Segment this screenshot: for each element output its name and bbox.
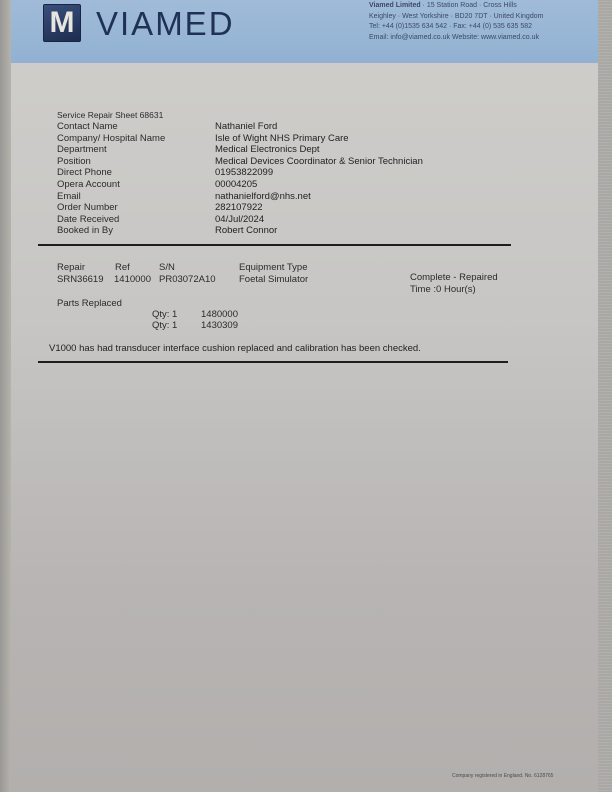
part-number: 1430309	[201, 320, 238, 331]
info-value: Robert Connor	[215, 225, 277, 237]
info-row: Emailnathanielford@nhs.net	[57, 191, 517, 203]
info-label: Company/ Hospital Name	[57, 133, 215, 145]
info-value: Nathaniel Ford	[215, 121, 277, 133]
info-label: Opera Account	[57, 179, 215, 191]
info-value: 282107922	[215, 202, 263, 214]
part-row: Qty: 1 1480000	[152, 309, 177, 320]
equipment-type-header: Equipment Type	[239, 262, 307, 273]
part-qty: Qty: 1	[152, 309, 177, 320]
info-label: Position	[57, 156, 215, 168]
info-value: nathanielford@nhs.net	[215, 191, 311, 203]
logo-glyph: M	[50, 8, 75, 38]
info-label: Date Received	[57, 214, 215, 226]
info-value: 01953822099	[215, 167, 273, 179]
info-value: 00004205	[215, 179, 257, 191]
info-value: Isle of Wight NHS Primary Care	[215, 133, 349, 145]
company-line-1: Viamed Limited · 15 Station Road · Cross…	[369, 1, 589, 12]
section-divider	[38, 244, 511, 246]
part-row: Qty: 1 1430309	[152, 320, 177, 331]
info-value: Medical Devices Coordinator & Senior Tec…	[215, 156, 423, 168]
info-row: Company/ Hospital NameIsle of Wight NHS …	[57, 133, 517, 145]
repair-number: SRN36619	[57, 274, 103, 285]
info-row: DepartmentMedical Electronics Dept	[57, 144, 517, 156]
repair-sheet-page: M VIAMED Viamed Limited · 15 Station Roa…	[11, 0, 598, 792]
repair-notes: V1000 has had transducer interface cushi…	[49, 343, 421, 354]
serial-number: PR03072A10	[159, 274, 216, 285]
info-row: PositionMedical Devices Coordinator & Se…	[57, 156, 517, 168]
info-row: Order Number282107922	[57, 202, 517, 214]
info-row: Opera Account00004205	[57, 179, 517, 191]
letterhead-band: M VIAMED Viamed Limited · 15 Station Roa…	[11, 0, 598, 63]
info-label: Direct Phone	[57, 167, 215, 179]
info-value: 04/Jul/2024	[215, 214, 264, 226]
info-label: Booked in By	[57, 225, 215, 237]
info-row: Contact NameNathaniel Ford	[57, 121, 517, 133]
customer-info-grid: Contact NameNathaniel Ford Company/ Hosp…	[57, 121, 517, 237]
company-registration-footer: Company registered in England. No. 61287…	[452, 773, 553, 779]
repair-status-block: Complete - Repaired Time :0 Hour(s)	[410, 272, 498, 295]
sheet-title: Service Repair Sheet 68631	[57, 110, 163, 120]
info-label: Contact Name	[57, 121, 215, 133]
paper-edge-left	[0, 0, 11, 792]
info-label: Email	[57, 191, 215, 203]
info-value: Medical Electronics Dept	[215, 144, 320, 156]
viamed-logo-icon: M	[43, 4, 81, 42]
company-line-3: Tel: +44 (0)1535 634 542 · Fax: +44 (0) …	[369, 22, 589, 33]
info-row: Direct Phone01953822099	[57, 167, 517, 179]
repair-header: Repair	[57, 262, 85, 273]
brand-name: VIAMED	[96, 5, 235, 43]
ref-number: 1410000	[114, 274, 151, 285]
company-line-2: Keighley · West Yorkshire · BD20 7DT · U…	[369, 12, 589, 23]
company-line-4: Email: info@viamed.co.uk Website: www.vi…	[369, 33, 589, 44]
company-name: Viamed Limited	[369, 2, 421, 9]
ref-header: Ref	[115, 262, 130, 273]
company-street: · 15 Station Road · Cross Hills	[421, 2, 517, 9]
company-address-block: Viamed Limited · 15 Station Road · Cross…	[369, 1, 589, 43]
info-row: Date Received04/Jul/2024	[57, 214, 517, 226]
parts-replaced-label: Parts Replaced	[57, 298, 122, 309]
repair-time: Time :0 Hour(s)	[410, 284, 498, 296]
info-label: Order Number	[57, 202, 215, 214]
sn-header: S/N	[159, 262, 175, 273]
part-qty: Qty: 1	[152, 320, 177, 331]
paper-edge-right	[598, 0, 612, 792]
repair-status: Complete - Repaired	[410, 272, 498, 284]
section-divider	[38, 361, 508, 363]
equipment-type: Foetal Simulator	[239, 274, 308, 285]
part-number: 1480000	[201, 309, 238, 320]
info-label: Department	[57, 144, 215, 156]
info-row: Booked in ByRobert Connor	[57, 225, 517, 237]
